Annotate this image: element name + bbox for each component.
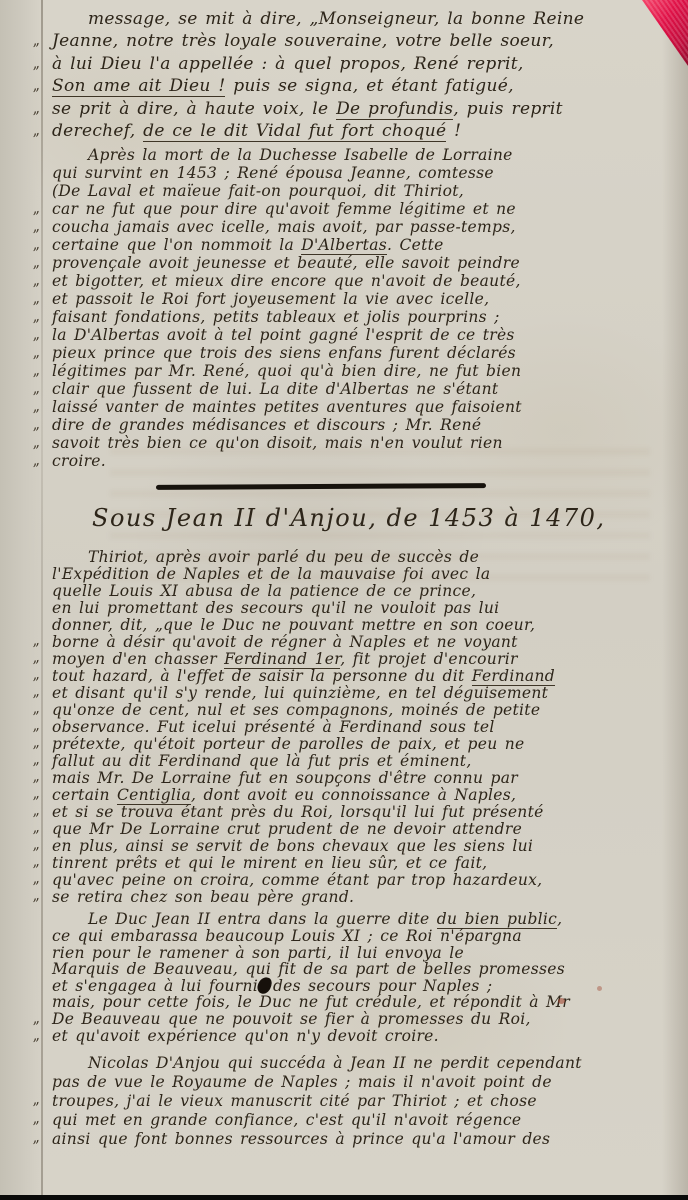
rust-stain bbox=[558, 998, 565, 1004]
line-text: Nicolas D'Anjou qui succéda à Jean II ne… bbox=[88, 1054, 582, 1072]
margin-quote-mark: „ bbox=[30, 308, 39, 327]
manuscript-line: Après la mort de la Duchesse Isabelle de… bbox=[30, 146, 676, 164]
margin-quote-mark: „ bbox=[30, 236, 39, 255]
line-text: coucha jamais avec icelle, mais avoit, p… bbox=[52, 218, 516, 236]
underlined-phrase: De profundis bbox=[336, 99, 453, 120]
line-text: que Mr De Lorraine crut prudent de ne de… bbox=[52, 820, 522, 838]
line-text: clair que fussent de lui. La dite d'Albe… bbox=[52, 380, 498, 398]
manuscript-line: „et passoit le Roi fort joyeusement la v… bbox=[30, 290, 676, 308]
line-text: qui survint en 1453 ; René épousa Jeanne… bbox=[52, 164, 494, 182]
line-text: De Beauveau que ne pouvoit se fier à pro… bbox=[52, 1010, 531, 1028]
line-text: mais, pour cette fois, le Duc ne fut cré… bbox=[52, 993, 570, 1011]
manuscript-line: „clair que fussent de lui. La dite d'Alb… bbox=[30, 380, 676, 398]
manuscript-line: „laissé vanter de maintes petites aventu… bbox=[30, 398, 676, 416]
line-text: provençale avoit jeunesse et beauté, ell… bbox=[52, 254, 520, 272]
margin-quote-mark: „ bbox=[30, 30, 40, 53]
manuscript-line: „à lui Dieu l'a appellée : à quel propos… bbox=[30, 53, 676, 75]
manuscript-photo: message, se mit à dire, „Monseigneur, la… bbox=[0, 0, 688, 1200]
manuscript-line: donner, dit, „que le Duc ne pouvant mett… bbox=[30, 616, 676, 633]
underlined-phrase: D'Albertas bbox=[301, 236, 387, 255]
manuscript-line: „qui met en grande confiance, c'est qu'i… bbox=[30, 1110, 676, 1129]
manuscript-line: „tout hazard, à l'effet de saisir la per… bbox=[30, 667, 676, 684]
margin-quote-mark: „ bbox=[30, 452, 39, 471]
manuscript-line: Marquis de Beauveau, qui fit de sa part … bbox=[30, 961, 676, 978]
manuscript-line: Nicolas D'Anjou qui succéda à Jean II ne… bbox=[30, 1053, 676, 1072]
margin-quote-mark: „ bbox=[31, 718, 40, 736]
manuscript-line: l'Expédition de Naples et de la mauvaise… bbox=[30, 565, 676, 582]
margin-quote-mark: „ bbox=[31, 735, 40, 753]
manuscript-line: Le Duc Jean II entra dans la guerre dite… bbox=[30, 911, 676, 928]
margin-quote-mark: „ bbox=[30, 416, 39, 435]
manuscript-line: „et si se trouva étant près du Roi, lors… bbox=[30, 803, 676, 820]
margin-quote-mark: „ bbox=[30, 1110, 39, 1130]
underlined-phrase: Son ame ait Dieu ! bbox=[52, 76, 225, 97]
line-text: en plus, ainsi se servit de bons chevaux… bbox=[52, 837, 533, 855]
paragraph: Nicolas D'Anjou qui succéda à Jean II ne… bbox=[30, 1053, 676, 1148]
paragraph: Le Duc Jean II entra dans la guerre dite… bbox=[30, 911, 676, 1044]
line-text: la D'Albertas avoit à tel point gagné l'… bbox=[52, 326, 515, 344]
manuscript-line: et s'engagea à lui fournir des secours p… bbox=[30, 978, 676, 995]
margin-quote-mark: „ bbox=[30, 398, 39, 417]
manuscript-line: „qu'avec peine on croira, comme étant pa… bbox=[30, 871, 676, 888]
manuscript-line: „derechef, de ce le dit Vidal fut fort c… bbox=[30, 120, 676, 142]
line-text: message, se mit à dire, „Monseigneur, la… bbox=[88, 9, 584, 29]
margin-quote-mark: „ bbox=[31, 1010, 40, 1027]
line-text: faisant fondations, petits tableaux et j… bbox=[52, 308, 500, 326]
paragraph: message, se mit à dire, „Monseigneur, la… bbox=[30, 8, 676, 142]
section-after-divider: Thiriot, après avoir parlé du peu de suc… bbox=[30, 548, 676, 1148]
manuscript-line: rien pour le ramener à son parti, il lui… bbox=[30, 945, 676, 962]
line-text: donner, dit, „que le Duc ne pouvant mett… bbox=[52, 616, 535, 634]
manuscript-line: „provençale avoit jeunesse et beauté, el… bbox=[30, 254, 676, 272]
line-text: observance. Fut icelui présenté à Ferdin… bbox=[52, 718, 495, 736]
manuscript-line: „car ne fut que pour dire qu'avoit femme… bbox=[30, 200, 676, 218]
manuscript-line: „borne à désir qu'avoit de régner à Napl… bbox=[30, 633, 676, 650]
manuscript-line: „coucha jamais avec icelle, mais avoit, … bbox=[30, 218, 676, 236]
margin-quote-mark: „ bbox=[31, 803, 40, 821]
manuscript-line: „et qu'avoit expérience qu'on n'y devoit… bbox=[30, 1028, 676, 1045]
manuscript-line: „et disant qu'il s'y rende, lui quinzièm… bbox=[30, 684, 676, 701]
margin-quote-mark: „ bbox=[31, 888, 40, 906]
line-text: quelle Louis XI abusa de la patience de … bbox=[52, 582, 476, 600]
margin-quote-mark: „ bbox=[30, 75, 40, 98]
manuscript-line: qui survint en 1453 ; René épousa Jeanne… bbox=[30, 164, 676, 182]
line-text: en lui promettant des secours qu'il ne v… bbox=[52, 599, 499, 617]
line-text: se retira chez son beau père grand. bbox=[52, 888, 354, 906]
line-text: et passoit le Roi fort joyeusement la vi… bbox=[52, 290, 489, 308]
margin-quote-mark: „ bbox=[31, 769, 40, 787]
line-text: et qu'avoit expérience qu'on n'y devoit … bbox=[52, 1027, 439, 1045]
margin-quote-mark: „ bbox=[30, 326, 39, 345]
paragraph: Thiriot, après avoir parlé du peu de suc… bbox=[30, 548, 676, 905]
margin-quote-mark: „ bbox=[30, 344, 39, 363]
manuscript-line: „et bigotter, et mieux dire encore que n… bbox=[30, 272, 676, 290]
line-text: troupes, j'ai le vieux manuscrit cité pa… bbox=[52, 1092, 537, 1110]
margin-quote-mark: „ bbox=[31, 667, 40, 685]
manuscript-line: „moyen d'en chasser Ferdinand 1er, fit p… bbox=[30, 650, 676, 667]
manuscript-body: message, se mit à dire, „Monseigneur, la… bbox=[30, 8, 676, 1148]
margin-quote-mark: „ bbox=[30, 218, 39, 237]
manuscript-line: „pieux prince que trois des siens enfans… bbox=[30, 344, 676, 362]
manuscript-line: quelle Louis XI abusa de la patience de … bbox=[30, 582, 676, 599]
line-text: qu'onze de cent, nul et ses compagnons, … bbox=[52, 701, 540, 719]
margin-quote-mark: „ bbox=[31, 701, 40, 719]
margin-quote-mark: „ bbox=[30, 254, 39, 273]
section-before-divider: message, se mit à dire, „Monseigneur, la… bbox=[30, 8, 676, 470]
line-text: croire. bbox=[52, 452, 106, 470]
line-text: Après la mort de la Duchesse Isabelle de… bbox=[88, 146, 513, 164]
line-text: qui met en grande confiance, c'est qu'il… bbox=[52, 1111, 521, 1129]
line-text: Son ame ait Dieu ! puis se signa, et éta… bbox=[52, 76, 514, 97]
paragraph: Après la mort de la Duchesse Isabelle de… bbox=[30, 146, 676, 470]
manuscript-line: ce qui embarassa beaucoup Louis XI ; ce … bbox=[30, 928, 676, 945]
line-text: (De Laval et maïeue fait-on pourquoi, di… bbox=[52, 182, 464, 200]
manuscript-line: „De Beauveau que ne pouvoit se fier à pr… bbox=[30, 1011, 676, 1028]
margin-quote-mark: „ bbox=[31, 684, 40, 702]
manuscript-line: „la D'Albertas avoit à tel point gagné l… bbox=[30, 326, 676, 344]
manuscript-line: „certaine que l'on nommoit la D'Albertas… bbox=[30, 236, 676, 254]
manuscript-line: en lui promettant des secours qu'il ne v… bbox=[30, 599, 676, 616]
line-text: certaine que l'on nommoit la D'Albertas.… bbox=[52, 236, 444, 255]
section-heading: Sous Jean II d'Anjou, de 1453 à 1470, bbox=[92, 504, 676, 532]
line-text: fallut au dit Ferdinand que là fut pris … bbox=[52, 752, 472, 770]
margin-quote-mark: „ bbox=[30, 434, 39, 453]
line-text: Thiriot, après avoir parlé du peu de suc… bbox=[88, 548, 479, 566]
line-text: laissé vanter de maintes petites aventur… bbox=[52, 398, 522, 416]
margin-quote-mark: „ bbox=[30, 380, 39, 399]
manuscript-line: „prétexte, qu'étoit porteur de parolles … bbox=[30, 735, 676, 752]
margin-quote-mark: „ bbox=[31, 820, 40, 838]
manuscript-line: „Son ame ait Dieu ! puis se signa, et ét… bbox=[30, 75, 676, 97]
line-text: à lui Dieu l'a appellée : à quel propos,… bbox=[52, 54, 524, 74]
line-text: savoit très bien ce qu'on disoit, mais n… bbox=[52, 434, 503, 452]
manuscript-line: Thiriot, après avoir parlé du peu de suc… bbox=[30, 548, 676, 565]
margin-quote-mark: „ bbox=[31, 837, 40, 855]
margin-quote-mark: „ bbox=[31, 752, 40, 770]
manuscript-line: „observance. Fut icelui présenté à Ferdi… bbox=[30, 718, 676, 735]
line-text: l'Expédition de Naples et de la mauvaise… bbox=[52, 565, 490, 583]
manuscript-line: (De Laval et maïeue fait-on pourquoi, di… bbox=[30, 182, 676, 200]
line-text: dire de grandes médisances et discours ;… bbox=[52, 416, 481, 434]
bottom-edge-bar bbox=[0, 1195, 688, 1200]
manuscript-line: „certain Centiglia, dont avoit eu connoi… bbox=[30, 786, 676, 803]
line-text: rien pour le ramener à son parti, il lui… bbox=[52, 944, 464, 962]
manuscript-line: „savoit très bien ce qu'on disoit, mais … bbox=[30, 434, 676, 452]
manuscript-line: „en plus, ainsi se servit de bons chevau… bbox=[30, 837, 676, 854]
manuscript-line: „Jeanne, notre très loyale souveraine, v… bbox=[30, 30, 676, 52]
manuscript-line: message, se mit à dire, „Monseigneur, la… bbox=[30, 8, 676, 30]
line-text: tinrent prêts et qui le mirent en lieu s… bbox=[52, 854, 487, 872]
margin-quote-mark: „ bbox=[30, 290, 39, 309]
line-text: et si se trouva étant près du Roi, lorsq… bbox=[52, 803, 544, 821]
margin-quote-mark: „ bbox=[30, 200, 39, 219]
line-text: Marquis de Beauveau, qui fit de sa part … bbox=[52, 960, 565, 978]
margin-quote-mark: „ bbox=[30, 272, 39, 291]
manuscript-line: „se prit à dire, à haute voix, le De pro… bbox=[30, 98, 676, 120]
margin-quote-mark: „ bbox=[30, 1091, 39, 1111]
line-text: et s'engagea à lui fournir des secours p… bbox=[52, 977, 492, 995]
rust-stain bbox=[597, 986, 602, 991]
margin-quote-mark: „ bbox=[31, 633, 40, 651]
margin-quote-mark: „ bbox=[31, 786, 40, 804]
manuscript-line: „se retira chez son beau père grand. bbox=[30, 888, 676, 905]
line-text: borne à désir qu'avoit de régner à Naple… bbox=[52, 633, 518, 651]
margin-quote-mark: „ bbox=[31, 650, 40, 668]
manuscript-line: „légitimes par Mr. René, quoi qu'à bien … bbox=[30, 362, 676, 380]
line-text: pieux prince que trois des siens enfans … bbox=[52, 344, 516, 362]
line-text: ainsi que font bonnes ressources à princ… bbox=[52, 1130, 550, 1148]
line-text: légitimes par Mr. René, quoi qu'à bien d… bbox=[52, 362, 521, 380]
manuscript-line: „qu'onze de cent, nul et ses compagnons,… bbox=[30, 701, 676, 718]
margin-quote-mark: „ bbox=[30, 120, 40, 143]
line-text: Jeanne, notre très loyale souveraine, vo… bbox=[52, 31, 554, 51]
line-text: et disant qu'il s'y rende, lui quinzième… bbox=[52, 684, 548, 702]
line-text: qu'avec peine on croira, comme étant par… bbox=[52, 871, 542, 889]
margin-quote-mark: „ bbox=[30, 362, 39, 381]
manuscript-line: „mais Mr. De Lorraine fut en soupçons d'… bbox=[30, 769, 676, 786]
line-text: derechef, de ce le dit Vidal fut fort ch… bbox=[52, 121, 461, 142]
line-text: se prit à dire, à haute voix, le De prof… bbox=[52, 99, 563, 120]
margin-quote-mark: „ bbox=[30, 1129, 39, 1149]
manuscript-line: „croire. bbox=[30, 452, 676, 470]
manuscript-line: „ainsi que font bonnes ressources à prin… bbox=[30, 1129, 676, 1148]
line-text: et bigotter, et mieux dire encore que n'… bbox=[52, 272, 521, 290]
manuscript-line: „tinrent prêts et qui le mirent en lieu … bbox=[30, 854, 676, 871]
manuscript-line: „faisant fondations, petits tableaux et … bbox=[30, 308, 676, 326]
manuscript-line: „troupes, j'ai le vieux manuscrit cité p… bbox=[30, 1091, 676, 1110]
margin-quote-mark: „ bbox=[31, 871, 40, 889]
manuscript-line: mais, pour cette fois, le Duc ne fut cré… bbox=[30, 994, 676, 1011]
line-text: ce qui embarassa beaucoup Louis XI ; ce … bbox=[52, 927, 522, 945]
margin-quote-mark: „ bbox=[31, 854, 40, 872]
line-text: pas de vue le Royaume de Naples ; mais i… bbox=[52, 1073, 552, 1091]
section-divider bbox=[156, 483, 486, 490]
underlined-phrase: de ce le dit Vidal fut fort choqué bbox=[143, 121, 446, 142]
margin-quote-mark: „ bbox=[31, 1027, 40, 1044]
line-text: prétexte, qu'étoit porteur de parolles d… bbox=[52, 735, 525, 753]
margin-quote-mark: „ bbox=[30, 52, 40, 75]
manuscript-line: „que Mr De Lorraine crut prudent de ne d… bbox=[30, 820, 676, 837]
margin-quote-mark: „ bbox=[30, 97, 40, 120]
manuscript-line: pas de vue le Royaume de Naples ; mais i… bbox=[30, 1072, 676, 1091]
manuscript-line: „fallut au dit Ferdinand que là fut pris… bbox=[30, 752, 676, 769]
manuscript-line: „dire de grandes médisances et discours … bbox=[30, 416, 676, 434]
line-text: mais Mr. De Lorraine fut en soupçons d'ê… bbox=[52, 769, 518, 787]
line-text: car ne fut que pour dire qu'avoit femme … bbox=[52, 200, 516, 218]
